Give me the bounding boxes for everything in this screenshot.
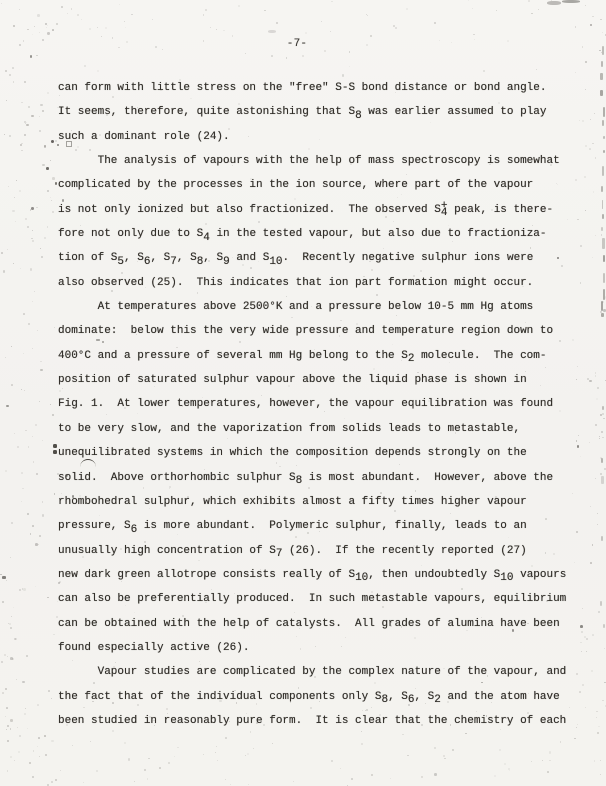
scan-speckle <box>248 784 249 785</box>
scan-speckle <box>508 768 510 770</box>
scan-speckle <box>32 34 33 35</box>
scan-speckle <box>23 313 25 315</box>
scan-speckle <box>39 756 40 757</box>
scan-speckle <box>600 414 602 416</box>
scan-speckle <box>34 26 35 27</box>
scan-speckle <box>452 749 453 750</box>
scan-speckle <box>509 770 510 771</box>
scan-speckle <box>604 648 606 650</box>
scan-speckle <box>21 150 23 152</box>
scan-speckle <box>331 1 332 2</box>
text-line: position of saturated sulphur vapour abo… <box>58 368 598 392</box>
text-line: solid. Above orthorhombic sulphur S8 is … <box>58 466 598 490</box>
scan-speckle <box>32 348 33 349</box>
scan-speckle <box>23 588 26 591</box>
scan-speckle <box>2 692 4 694</box>
scan-mark <box>2 576 6 579</box>
text-line: complicated by the processes in the ion … <box>58 173 598 197</box>
scan-speckle <box>599 50 600 51</box>
scan-speckle <box>8 186 9 187</box>
scan-speckle <box>55 446 56 447</box>
scan-speckle <box>0 574 1 575</box>
scan-edge-dash <box>600 73 603 80</box>
scan-speckle <box>602 301 604 303</box>
scan-speckle <box>395 27 397 29</box>
scan-speckle <box>97 70 99 72</box>
scan-speckle <box>12 658 14 660</box>
scan-speckle <box>600 19 602 21</box>
scan-speckle <box>39 32 41 34</box>
text-line: been studied in reasonably pure form. It… <box>58 709 598 733</box>
scan-mark <box>562 0 580 3</box>
scan-speckle <box>16 180 17 181</box>
scan-speckle <box>32 776 34 778</box>
scan-speckle <box>7 725 9 727</box>
scan-speckle <box>24 713 26 715</box>
scan-speckle <box>128 758 130 760</box>
scan-speckle <box>47 25 48 26</box>
scan-speckle <box>574 738 576 740</box>
scan-speckle <box>52 211 54 213</box>
scan-speckle <box>6 100 7 101</box>
text-line: At temperatures above 2500°K and a press… <box>58 295 598 319</box>
scan-edge-dash <box>601 301 603 311</box>
scan-speckle <box>25 708 26 709</box>
scan-mark <box>51 140 54 143</box>
scan-speckle <box>27 226 29 228</box>
scan-speckle <box>499 749 501 751</box>
text-line: fore not only due to S4 in the tested va… <box>58 222 598 246</box>
scan-edge-dash <box>602 166 604 176</box>
scan-speckle <box>468 0 469 1</box>
scan-speckle <box>366 14 367 15</box>
scan-speckle <box>1 252 3 254</box>
scan-speckle <box>44 237 47 240</box>
scan-speckle <box>31 207 34 210</box>
scan-speckle <box>144 769 146 771</box>
text-line: also observed (25). This indicates that … <box>58 271 598 295</box>
scan-speckle <box>30 533 31 534</box>
scan-edge-dash <box>602 120 604 125</box>
document-text: can form with little stress on the "free… <box>58 76 598 733</box>
scan-speckle <box>536 69 537 70</box>
scan-speckle <box>44 145 46 147</box>
scan-speckle <box>421 776 422 777</box>
scan-speckle <box>238 5 240 7</box>
scan-speckle <box>6 405 9 408</box>
scan-speckle <box>21 143 22 144</box>
scan-speckle <box>598 611 600 613</box>
scan-speckle <box>7 740 10 743</box>
scan-speckle <box>89 28 91 30</box>
text-line: is not only ionized but also fractionize… <box>58 198 598 222</box>
scan-edge-dash <box>602 406 604 410</box>
scan-speckle <box>560 741 561 742</box>
scan-speckle <box>600 760 601 761</box>
scan-edge-dash <box>601 61 603 67</box>
scan-speckle <box>349 51 351 53</box>
scan-speckle <box>24 390 25 391</box>
scan-speckle <box>42 164 44 166</box>
scan-speckle <box>600 473 602 475</box>
scan-speckle <box>9 74 11 76</box>
scan-edge-dash <box>603 136 606 139</box>
scan-speckle <box>434 747 436 749</box>
scan-speckle <box>51 781 53 783</box>
scan-speckle <box>321 21 322 22</box>
scan-speckle <box>216 29 217 30</box>
scan-edge-dash <box>602 214 604 219</box>
scan-mark <box>268 30 276 33</box>
scan-speckle <box>36 473 38 475</box>
scan-speckle <box>575 72 576 73</box>
text-line: such a dominant role (24). <box>58 125 598 149</box>
scan-speckle <box>585 61 587 63</box>
scan-speckle <box>30 209 32 211</box>
scan-speckle <box>10 756 12 758</box>
scan-edge-dash <box>601 227 603 232</box>
scan-speckle <box>24 134 26 136</box>
scan-speckle <box>601 431 603 433</box>
scan-speckle <box>26 124 28 126</box>
scan-speckle <box>483 70 485 72</box>
scan-speckle <box>434 773 437 776</box>
scan-speckle <box>444 758 446 760</box>
scan-speckle <box>83 782 84 783</box>
scan-speckle <box>594 760 596 762</box>
scan-speckle <box>406 8 408 10</box>
scan-edge-dash <box>601 536 603 541</box>
scan-speckle <box>34 291 35 292</box>
scan-speckle <box>21 501 22 502</box>
scan-speckle <box>18 751 20 753</box>
scan-speckle <box>10 728 12 730</box>
scan-speckle <box>232 35 234 37</box>
scan-edge-dash <box>603 255 606 262</box>
scan-speckle <box>604 136 606 138</box>
scan-edge-dash <box>601 313 604 317</box>
scan-speckle <box>97 27 98 28</box>
scan-speckle <box>600 774 601 775</box>
scan-speckle <box>6 580 8 582</box>
text-line: found especially active (26). <box>58 636 598 660</box>
scan-speckle <box>203 14 205 16</box>
scan-speckle <box>5 716 6 717</box>
scan-speckle <box>55 779 57 781</box>
text-line: can also be preferentially produced. In … <box>58 587 598 611</box>
scan-speckle <box>23 353 24 354</box>
scan-speckle <box>9 623 11 625</box>
scan-speckle <box>600 311 602 313</box>
scan-speckle <box>37 704 39 706</box>
text-line: the fact that of the individual componen… <box>58 685 598 709</box>
scan-speckle <box>47 32 49 34</box>
scan-speckle <box>601 52 602 53</box>
scan-speckle <box>131 14 133 16</box>
scan-speckle <box>50 197 51 198</box>
scan-speckle <box>528 0 530 2</box>
scan-speckle <box>542 760 543 761</box>
scan-speckle <box>30 268 32 270</box>
scan-speckle <box>293 781 294 782</box>
scan-speckle <box>47 226 49 228</box>
scan-speckle <box>31 115 34 118</box>
scan-speckle <box>19 190 21 192</box>
scan-speckle <box>215 752 216 753</box>
scan-speckle <box>494 775 496 777</box>
scan-mark <box>547 1 561 5</box>
scan-speckle <box>590 24 592 26</box>
scan-speckle <box>407 755 408 756</box>
scan-speckle <box>7 656 9 658</box>
text-line: Vapour studies are complicated by the co… <box>58 660 598 684</box>
text-line: 400°C and a pressure of several mm Hg be… <box>58 344 598 368</box>
scan-speckle <box>15 638 17 640</box>
scan-speckle <box>32 230 33 231</box>
scan-speckle <box>51 200 52 201</box>
scan-speckle <box>27 29 28 30</box>
scan-speckle <box>52 29 54 31</box>
scan-speckle <box>245 53 246 54</box>
scan-speckle <box>9 135 11 137</box>
scan-speckle <box>32 240 34 242</box>
scan-speckle <box>2 601 4 603</box>
scan-speckle <box>10 627 12 629</box>
scan-speckle <box>5 688 7 690</box>
scan-speckle <box>10 557 11 558</box>
scan-speckle <box>168 762 170 764</box>
scan-speckle <box>286 57 288 59</box>
scan-speckle <box>51 698 52 699</box>
text-line: tion of S5, S6, S7, S8, S9 and S10. Rece… <box>58 246 598 270</box>
scan-speckle <box>599 436 600 437</box>
scan-speckle <box>53 634 54 635</box>
scan-speckle <box>22 488 24 490</box>
scan-speckle <box>371 774 373 776</box>
scan-speckle <box>29 762 31 764</box>
scan-speckle <box>504 763 506 765</box>
scan-edge-dash <box>600 90 603 96</box>
scan-speckle <box>42 514 45 517</box>
scan-speckle <box>12 210 15 213</box>
scan-speckle <box>105 27 107 29</box>
scan-speckle <box>393 25 395 27</box>
scan-speckle <box>603 418 604 419</box>
scan-speckle <box>177 747 179 749</box>
scan-speckle <box>81 19 82 20</box>
text-line: new dark green allotrope consists really… <box>58 563 598 587</box>
scan-speckle <box>3 270 5 272</box>
scan-speckle <box>27 513 29 515</box>
scan-speckle <box>434 22 436 24</box>
scan-speckle <box>600 457 602 459</box>
scan-edge-dash <box>603 289 605 300</box>
scan-speckle <box>585 5 586 6</box>
scan-mark <box>53 450 57 454</box>
scan-speckle <box>17 727 18 728</box>
scan-speckle <box>52 414 54 416</box>
text-line: unequilibrated systems in which the comp… <box>58 441 598 465</box>
scan-speckle <box>124 742 126 744</box>
scan-speckle <box>575 26 577 28</box>
text-line: rhombohedral sulphur, which exhibits alm… <box>58 490 598 514</box>
scan-speckle <box>216 746 217 747</box>
scan-speckle <box>40 104 42 106</box>
scan-speckle <box>24 81 26 83</box>
scan-speckle <box>602 413 604 415</box>
scan-speckle <box>25 430 27 432</box>
scan-speckle <box>35 424 38 427</box>
scan-speckle <box>28 106 30 108</box>
scan-speckle <box>31 238 33 240</box>
scan-speckle <box>60 770 61 771</box>
scanned-page: -7- can form with little stress on the "… <box>0 0 606 786</box>
scan-speckle <box>119 4 120 5</box>
scan-speckle <box>601 234 603 236</box>
scan-speckle <box>90 741 91 742</box>
scan-edge-dash <box>601 458 603 463</box>
scan-speckle <box>11 522 14 525</box>
scan-speckle <box>604 682 606 684</box>
scan-speckle <box>6 729 7 730</box>
scan-speckle <box>305 32 307 34</box>
scan-edge-dash <box>603 624 605 628</box>
scan-speckle <box>32 436 33 437</box>
scan-speckle <box>340 768 341 769</box>
text-line: The analysis of vapours with the help of… <box>58 149 598 173</box>
scan-speckle <box>67 13 68 14</box>
scan-speckle <box>21 102 22 103</box>
scan-speckle <box>531 13 533 15</box>
scan-edge-dash <box>601 476 603 484</box>
scan-speckle <box>472 8 473 9</box>
scan-speckle <box>51 740 54 743</box>
scan-speckle <box>40 369 42 371</box>
scan-speckle <box>27 728 29 730</box>
scan-speckle <box>551 0 552 1</box>
scan-speckle <box>35 586 37 588</box>
scan-edge-dash <box>602 46 604 55</box>
scan-speckle <box>14 197 15 198</box>
scan-speckle <box>7 770 9 772</box>
scan-speckle <box>14 433 15 434</box>
scan-speckle <box>5 470 7 472</box>
scan-speckle <box>223 30 225 32</box>
scan-speckle <box>42 501 44 503</box>
scan-edge-dash <box>603 107 605 117</box>
scan-speckle <box>11 384 13 386</box>
scan-speckle <box>271 55 273 57</box>
text-line: dominate: below this the very wide press… <box>58 319 598 343</box>
scan-mark <box>53 444 57 448</box>
scan-speckle <box>598 726 599 727</box>
scan-speckle <box>20 144 23 147</box>
scan-speckle <box>247 753 249 755</box>
text-line: pressure, S6 is more abundant. Polymeric… <box>58 514 598 538</box>
scan-speckle <box>72 745 73 746</box>
scan-speckle <box>33 750 34 751</box>
scan-speckle <box>203 754 204 755</box>
scan-speckle <box>8 623 9 624</box>
scan-speckle <box>245 755 246 756</box>
scan-speckle <box>25 218 27 220</box>
scan-mark <box>55 182 57 185</box>
scan-speckle <box>20 268 21 269</box>
scan-speckle <box>30 55 32 57</box>
scan-speckle <box>147 778 149 780</box>
scan-edge-dash <box>602 238 605 249</box>
scan-speckle <box>217 760 218 761</box>
scan-speckle <box>124 21 126 23</box>
scan-speckle <box>37 14 40 17</box>
scan-speckle <box>205 9 207 11</box>
scan-speckle <box>39 130 41 132</box>
scan-speckle <box>225 737 227 739</box>
scan-speckle <box>538 9 539 10</box>
scan-speckle <box>5 357 6 358</box>
scan-speckle <box>276 22 278 24</box>
scan-speckle <box>38 544 40 546</box>
scan-speckle <box>602 32 603 33</box>
scan-speckle <box>531 761 532 762</box>
scan-speckle <box>330 31 331 32</box>
scan-edge-dash <box>603 150 606 153</box>
scan-speckle <box>25 123 26 124</box>
scan-speckle <box>349 66 350 67</box>
scan-speckle <box>17 446 19 448</box>
scan-speckle <box>77 14 79 16</box>
scan-speckle <box>5 70 8 73</box>
scan-speckle <box>26 122 27 123</box>
scan-speckle <box>40 361 42 363</box>
scan-speckle <box>36 207 38 209</box>
scan-speckle <box>35 543 38 546</box>
scan-speckle <box>40 248 41 249</box>
scan-speckle <box>39 535 41 537</box>
scan-speckle <box>12 67 14 69</box>
page-number: -7- <box>0 38 594 50</box>
scan-speckle <box>210 27 211 28</box>
scan-speckle <box>11 346 12 347</box>
scan-speckle <box>370 35 372 37</box>
scan-speckle <box>331 760 333 762</box>
text-line: It seems, therefore, quite astonishing t… <box>58 100 598 124</box>
scan-speckle <box>26 655 28 657</box>
scan-speckle <box>599 438 600 439</box>
text-line: unusually high concentration of S7 (26).… <box>58 539 598 563</box>
scan-speckle <box>28 446 30 448</box>
scan-speckle <box>50 404 51 405</box>
scan-speckle <box>36 55 37 56</box>
scan-speckle <box>39 116 40 117</box>
scan-speckle <box>1 661 3 663</box>
scan-speckle <box>549 760 551 762</box>
scan-speckle <box>46 27 47 28</box>
scan-speckle <box>6 707 8 709</box>
scan-speckle <box>56 23 58 25</box>
scan-speckle <box>253 748 254 749</box>
scan-edge-dash <box>603 273 605 283</box>
scan-speckle <box>52 177 55 180</box>
scan-speckle <box>28 323 30 325</box>
scan-speckle <box>19 589 21 591</box>
scan-speckle <box>272 743 273 744</box>
scan-speckle <box>61 6 63 8</box>
scan-speckle <box>14 760 15 761</box>
scan-speckle <box>10 719 13 722</box>
scan-speckle <box>39 401 40 402</box>
scan-speckle <box>225 779 226 780</box>
